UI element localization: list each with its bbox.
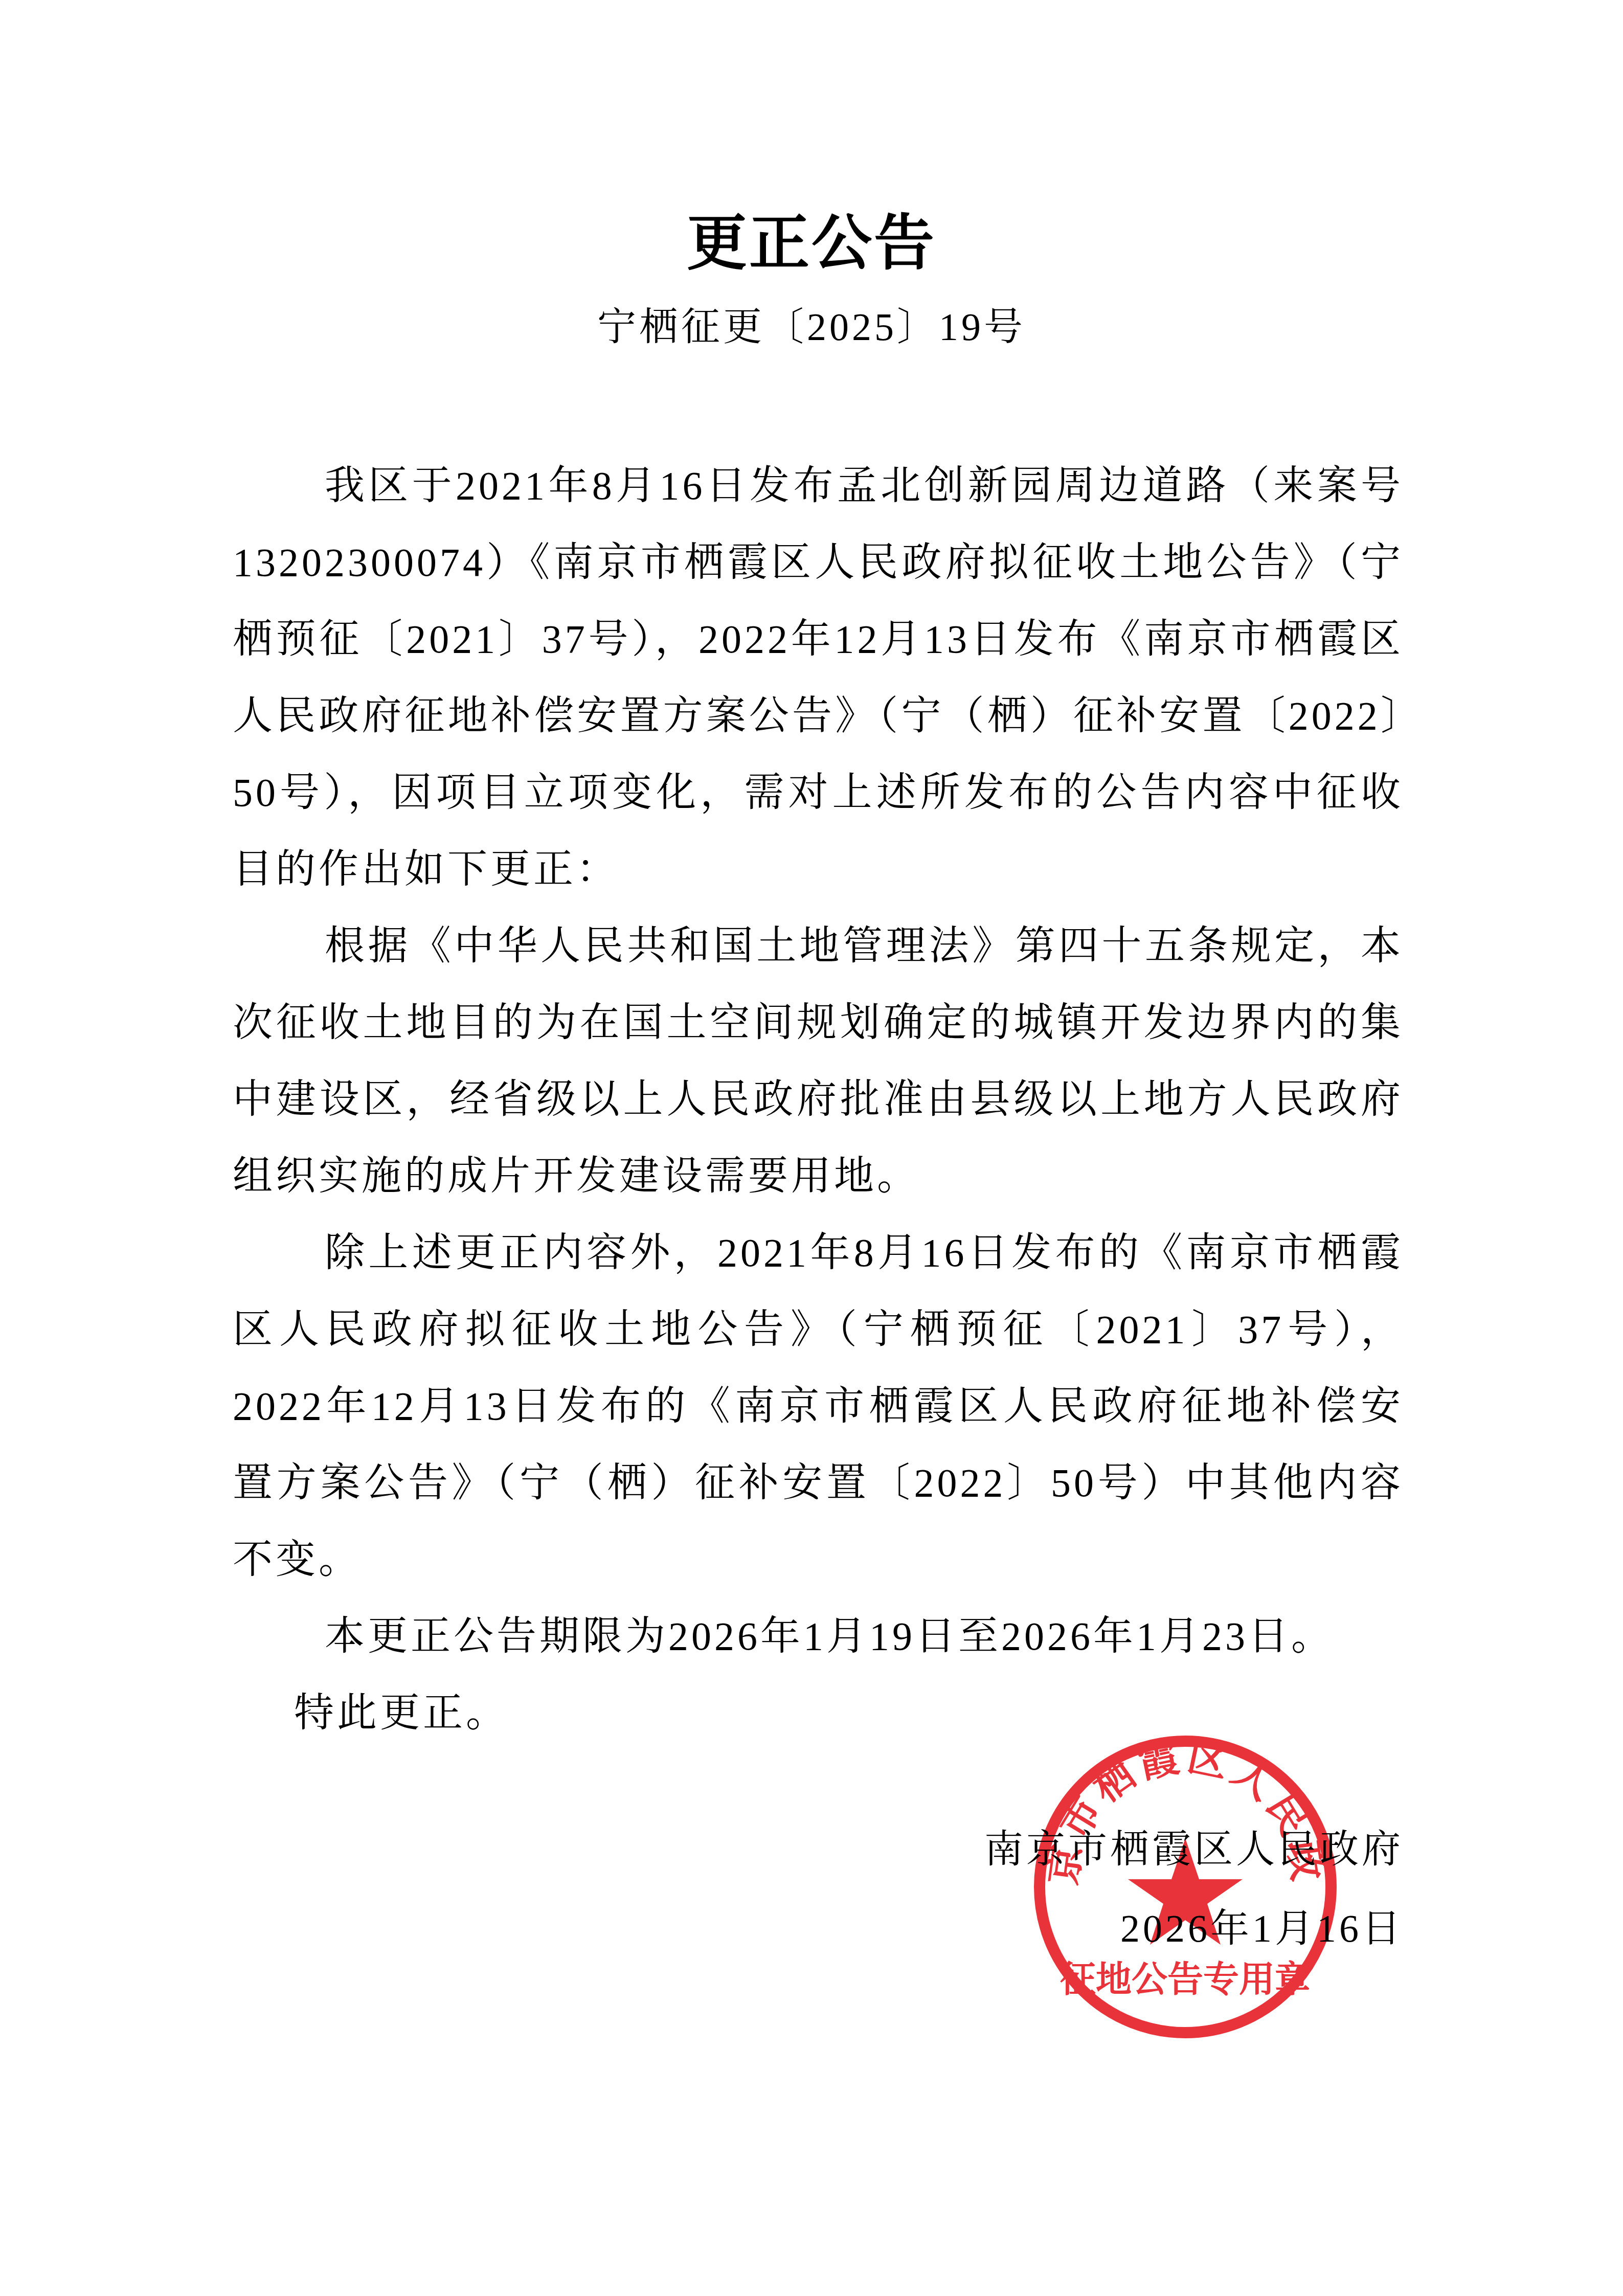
document-title: 更正公告 — [0, 207, 1623, 279]
document-number: 宁栖征更〔2025〕19号 — [0, 302, 1623, 353]
signature-organization: 南京市栖霞区人民政府 — [972, 1818, 1404, 1874]
signature-date: 2026年1月16日 — [972, 1897, 1404, 1953]
paragraph-2: 根据《中华人民共和国土地管理法》第四十五条规定，本次征收土地目的为在国土空间规划… — [233, 908, 1404, 1214]
paragraph-1: 我区于2021年8月16日发布孟北创新园周边道路（来案号13202300074）… — [233, 447, 1404, 908]
paragraph-3: 除上述更正内容外，2021年8月16日发布的《南京市栖霞区人民政府拟征收土地公告… — [233, 1214, 1404, 1598]
seal-icon: 南京市栖霞区人民政府 征地公告专用章 — [1032, 1734, 1339, 2040]
document-page: 更正公告 宁栖征更〔2025〕19号 我区于2021年8月16日发布孟北创新园周… — [0, 0, 1623, 2296]
svg-text:征地公告专用章: 征地公告专用章 — [1060, 1959, 1311, 2000]
paragraph-4: 本更正公告期限为2026年1月19日至2026年1月23日。 — [233, 1598, 1404, 1675]
official-seal-stamp: 南京市栖霞区人民政府 征地公告专用章 — [1032, 1734, 1339, 2040]
document-body: 我区于2021年8月16日发布孟北创新园周边道路（来案号13202300074）… — [233, 447, 1404, 1751]
